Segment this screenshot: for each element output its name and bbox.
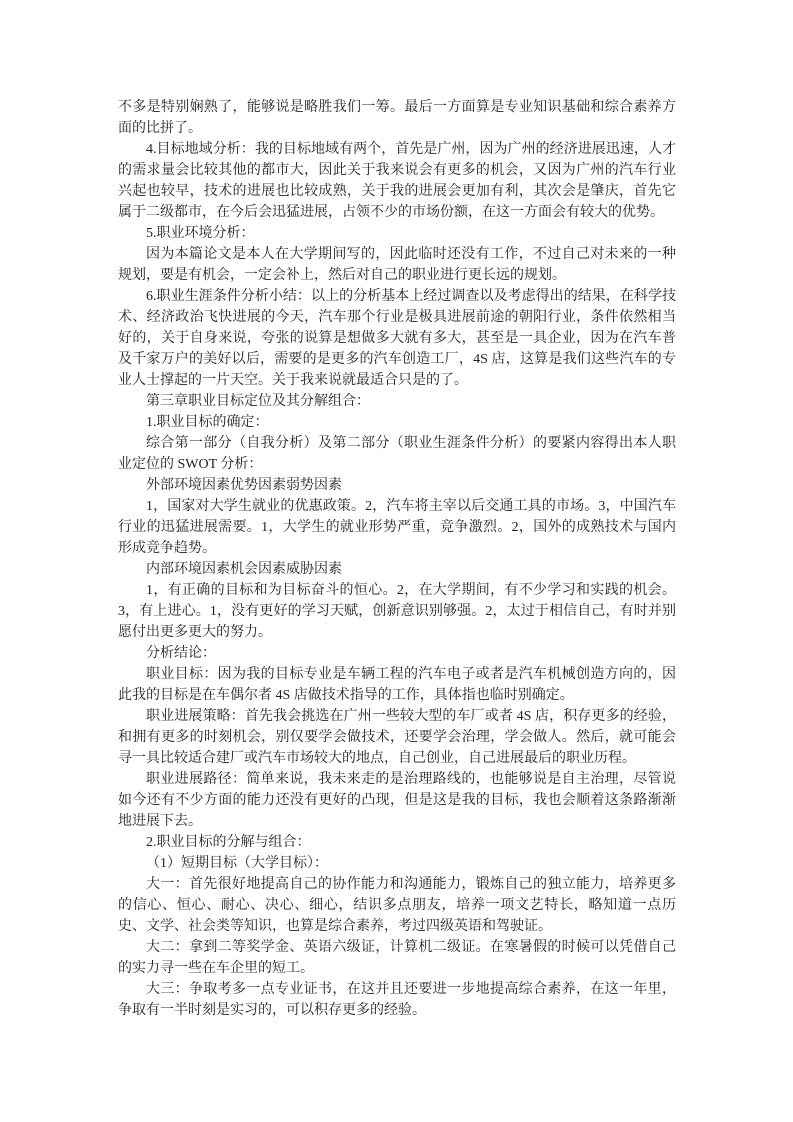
paragraph-career-environment-body: 因为本篇论文是本人在大学期间写的，因此临时还没有工作，不过自己对未来的一种规划，… — [118, 244, 676, 286]
paragraph-career-goal-confirm-heading: 1.职业目标的确定： — [118, 412, 676, 433]
paragraph-short-term-goal-heading: （1）短期目标（大学目标）： — [118, 853, 676, 874]
paragraph-career-goal: 职业目标：因为我的目标专业是车辆工程的汽车电子或者是汽车机械创造方向的，因此我的… — [118, 664, 676, 706]
paragraph-analysis-conclusion-heading: 分析结论： — [118, 643, 676, 664]
paragraph-external-factors-list: 1，国家对大学生就业的优惠政策。2，汽车将主宰以后交通工具的市场。3，中国汽车行… — [118, 496, 676, 559]
document-page: 不多是特别娴熟了，能够说是略胜我们一筹。最后一方面算是专业知识基础和综合素养方面… — [0, 0, 793, 1122]
paragraph-internal-factors-list: 1，有正确的目标和为目标奋斗的恒心。2，在大学期间，有不少学习和实践的机会。3，… — [118, 580, 676, 643]
document-text-body: 不多是特别娴熟了，能够说是略胜我们一筹。最后一方面算是专业知识基础和综合素养方面… — [118, 97, 676, 1021]
paragraph-junior-year-goal: 大三：争取考多一点专业证书，在这并且还要进一步地提高综合素养，在这一年里，争取有… — [118, 979, 676, 1021]
paragraph-career-development-strategy: 职业进展策略：首先我会挑选在广州一些较大型的车厂或者 4S 店，积存更多的经验，… — [118, 706, 676, 769]
paragraph-goal-decomposition-heading: 2.职业目标的分解与组合： — [118, 832, 676, 853]
paragraph-career-environment-heading: 5.职业环境分析： — [118, 223, 676, 244]
paragraph-continuation: 不多是特别娴熟了，能够说是略胜我们一筹。最后一方面算是专业知识基础和综合素养方面… — [118, 97, 676, 139]
paragraph-swot-intro: 综合第一部分（自我分析）及第二部分（职业生涯条件分析）的要紧内容得出本人职业定位… — [118, 433, 676, 475]
paragraph-internal-factors-heading: 内部环境因素机会因素威胁因素 — [118, 559, 676, 580]
paragraph-external-factors-heading: 外部环境因素优势因素弱势因素 — [118, 475, 676, 496]
paragraph-career-condition-summary: 6.职业生涯条件分析小结：以上的分析基本上经过调查以及考虑得出的结果，在科学技术… — [118, 286, 676, 391]
paragraph-sophomore-year-goal: 大二：拿到二等奖学金、英语六级证，计算机二级证。在寒暑假的时候可以凭借自己的实力… — [118, 937, 676, 979]
paragraph-chapter3-heading: 第三章职业目标定位及其分解组合： — [118, 391, 676, 412]
paragraph-target-region-analysis: 4.目标地域分析：我的目标地域有两个，首先是广州，因为广州的经济进展迅速，人才的… — [118, 139, 676, 223]
paragraph-career-development-path: 职业进展路径：简单来说，我未来走的是治理路线的，也能够说是自主治理，尽管说如今还… — [118, 769, 676, 832]
paragraph-freshman-year-goal: 大一：首先很好地提高自己的协作能力和沟通能力，锻炼自己的独立能力，培养更多的信心… — [118, 874, 676, 937]
